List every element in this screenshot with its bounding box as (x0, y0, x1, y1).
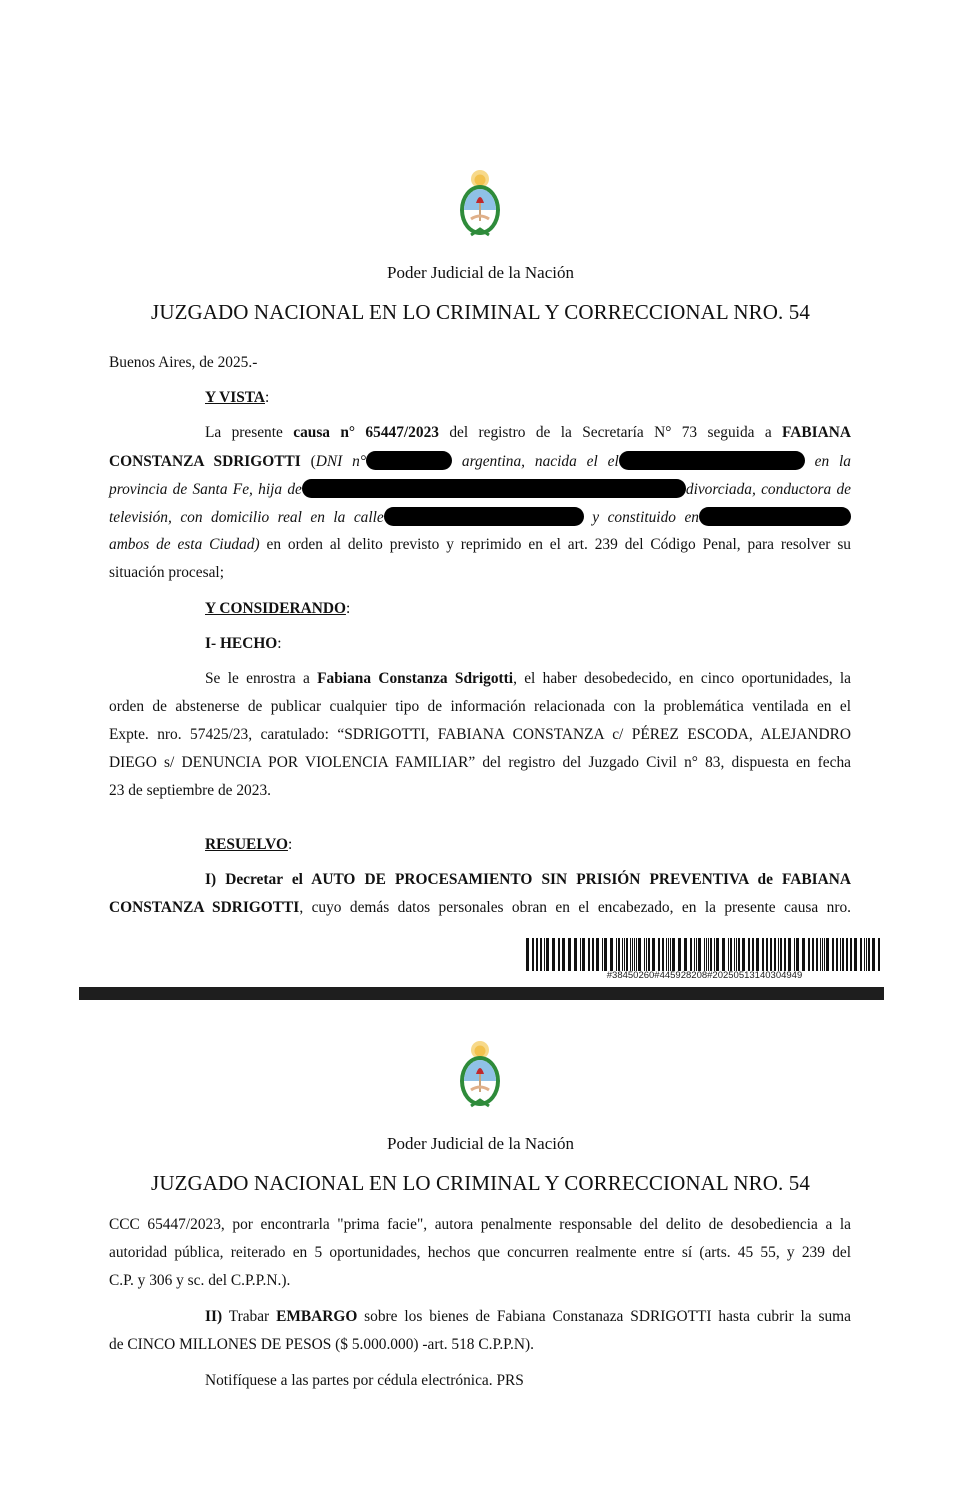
p2-line-2: autoridad pública, reiterado en 5 oportu… (109, 1243, 851, 1263)
vista-line-3: provincia de Santa Fe, hija dedivorciada… (109, 479, 851, 500)
hecho-line-1: Se le enrostra a Fabiana Constanza Sdrig… (205, 669, 851, 689)
subheading-hecho: I- HECHO: (205, 634, 851, 654)
page-separator (79, 987, 884, 1000)
vista-line-6: situación procesal; (109, 563, 851, 583)
section-heading-considerando: Y CONSIDERANDO: (205, 599, 851, 619)
section-heading-resuelvo: RESUELVO: (205, 835, 851, 855)
section-heading-vista: Y VISTA: (205, 388, 851, 408)
date-line: Buenos Aires, de 2025.- (109, 353, 851, 373)
barcode-icon (526, 938, 883, 971)
resuelvo-line-1: I) Decretar el AUTO DE PROCESAMIENTO SIN… (205, 870, 851, 890)
resuelvo-line-2: CONSTANZA SDRIGOTTI, cuyo demás datos pe… (109, 898, 851, 918)
hecho-line-2: orden de abstenerse de publicar cualquie… (109, 697, 851, 717)
embargo-line-2: de CINCO MILLONES DE PESOS ($ 5.000.000)… (109, 1335, 851, 1355)
redaction (619, 451, 805, 470)
barcode-text: #38450260#445928208#20250513140304949 (526, 970, 883, 981)
hecho-line-3: Expte. nro. 57425/23, caratulado: “SDRIG… (109, 725, 851, 745)
institution-name: Poder Judicial de la Nación (0, 263, 961, 283)
court-title: JUZGADO NACIONAL EN LO CRIMINAL Y CORREC… (0, 300, 961, 325)
hecho-line-5: 23 de septiembre de 2023. (109, 781, 851, 801)
institution-name: Poder Judicial de la Nación (0, 1134, 961, 1154)
embargo-line-1: II) Trabar EMBARGO sobre los bienes de F… (205, 1307, 851, 1327)
vista-line-5: ambos de esta Ciudad) en orden al delito… (109, 535, 851, 555)
p2-line-3: C.P. y 306 y sc. del C.P.P.N.). (109, 1271, 851, 1291)
redaction (366, 451, 452, 470)
argentina-coat-of-arms-icon (453, 169, 507, 243)
vista-line-4: televisión, con domicilio real en la cal… (109, 507, 851, 528)
redaction (699, 507, 851, 526)
vista-line-1: La presente causa n° 65447/2023 del regi… (205, 423, 851, 443)
argentina-coat-of-arms-icon (453, 1040, 507, 1114)
vista-line-2: CONSTANZA SDRIGOTTI (DNI n° argentina, n… (109, 451, 851, 472)
notify-line: Notifíquese a las partes por cédula elec… (205, 1371, 851, 1391)
p2-line-1: CCC 65447/2023, por encontrarla "prima f… (109, 1215, 851, 1235)
court-title: JUZGADO NACIONAL EN LO CRIMINAL Y CORREC… (0, 1171, 961, 1196)
redaction (384, 507, 584, 526)
redaction (302, 479, 686, 498)
hecho-line-4: DIEGO s/ DENUNCIA POR VIOLENCIA FAMILIAR… (109, 753, 851, 773)
